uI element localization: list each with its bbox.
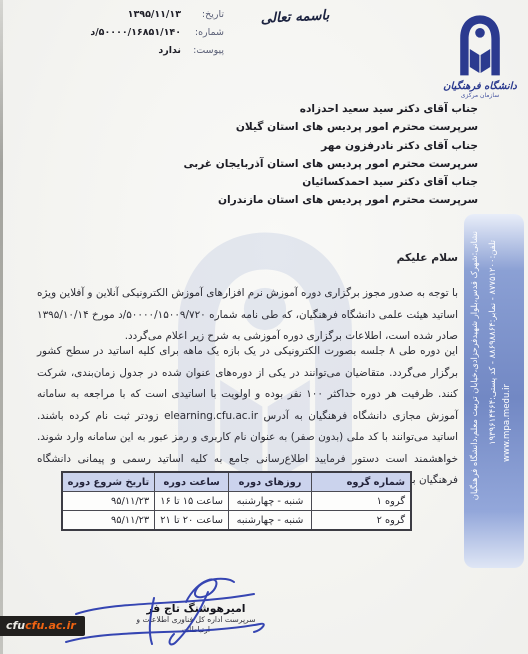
number-field: شماره: د/۵۰۰۰۰/۱۶۸۵۱/۱۴۰ [12,27,224,45]
signature-block: امیرهوشنگ تاج فر سرپرست اداره کل فناوری … [128,602,264,635]
badge-domain-text: cfu.ac.ir [25,619,76,632]
cell-days-2: شنبه - چهارشنبه [229,511,312,531]
cell-date-1: ۹۵/۱۱/۲۳ [62,492,155,511]
date-label: تاریخ: [188,9,224,20]
recipients-block: جناب آقای دکتر سید سعید احدزاده سرپرست م… [46,100,478,210]
scanned-letter-page: تاریخ: ۱۳۹۵/۱۱/۱۳ شماره: د/۵۰۰۰۰/۱۶۸۵۱/۱… [0,0,528,654]
cell-hours-1: ساعت ۱۵ تا ۱۶ [155,492,229,511]
header-start-date: تاریخ شروع دوره [62,472,155,492]
referenced-letter-number: د/۵۰۰۰۰/۱۵۰۰۹/۷۲۰ [118,305,206,327]
signatory-title-line2: ارتباطات [128,625,264,635]
salutation: سلام علیکم [397,251,458,264]
header-course-hours: ساعت دوره [155,472,229,492]
attachment-label: پیوست: [188,45,224,56]
scan-edge-artifact [0,0,3,654]
number-label: شماره: [188,27,224,38]
date-value: ۱۳۹۵/۱۱/۱۳ [128,9,181,20]
university-name: دانشگاه فرهنگیان [438,81,522,92]
body-paragraph-1: با توجه به صدور مجوز برگزاری دوره آموزش … [37,283,458,348]
cell-date-2: ۹۵/۱۱/۲۳ [62,511,155,531]
signatory-name: امیرهوشنگ تاج فر [128,602,264,615]
attachment-value: ندارد [158,45,181,56]
cell-days-1: شنبه - چهارشنبه [229,492,312,511]
central-organization-name: سازمان مرکزی [438,92,522,100]
cell-hours-2: ساعت ۲۰ تا ۲۱ [155,511,229,531]
recipient-name-3: جناب آقای دکتر سید احمدکسائیان [46,173,478,191]
attachment-field: پیوست: ندارد [12,45,224,63]
recipient-title-3: سرپرست محترم امور پردیس های استان مازندر… [46,191,478,209]
besmellah-calligraphy: باسمه تعالی [250,7,341,28]
cell-group-1: گروه ۱ [312,492,412,511]
letter-meta-fields: تاریخ: ۱۳۹۵/۱۱/۱۳ شماره: د/۵۰۰۰۰/۱۶۸۵۱/۱… [12,9,224,63]
badge-prefix-text: cfu [6,619,25,632]
recipient-title-1: سرپرست محترم امور پردیس های استان گیلان [46,118,478,136]
sidebar-address: نشانی:شهرک قدس،بلوار شهیدفرحزادی،خیابان … [469,231,479,561]
university-logo-icon [452,13,508,79]
signatory-title-line1: سرپرست اداره کل فناوری اطلاعات و [128,615,264,625]
recipient-name-2: جناب آقای دکتر نادرفزون مهر [46,137,478,155]
date-field: تاریخ: ۱۳۹۵/۱۱/۱۳ [12,9,224,27]
recipient-name-1: جناب آقای دکتر سید سعید احدزاده [46,100,478,118]
table-row: گروه ۱ شنبه - چهارشنبه ساعت ۱۵ تا ۱۶ ۹۵/… [62,492,411,511]
body-paragraph-2: این دوره طی ۸ جلسه بصورت الکترونیکی در ی… [37,341,458,492]
number-value: د/۵۰۰۰۰/۱۶۸۵۱/۱۴۰ [90,27,181,38]
cell-group-2: گروه ۲ [312,511,412,531]
recipient-title-2: سرپرست محترم امور پردیس های استان آذربای… [46,155,478,173]
header-group-number: شماره گروه [312,472,412,492]
schedule-header-row: شماره گروه روزهای دوره ساعت دوره تاریخ ش… [62,472,411,492]
sidebar-contact: تلفن:۸۷۷۵۱۲۰۰ - نمابر:۸۸۶۹۸۸۶۴ - کد پستی… [487,240,497,556]
table-row: گروه ۲ شنبه - چهارشنبه ساعت ۲۰ تا ۲۱ ۹۵/… [62,511,411,531]
site-watermark-badge: cfucfu.ac.ir [0,616,85,636]
header-course-days: روزهای دوره [229,472,312,492]
sidebar-website: www.mpa.medu.ir [502,342,512,462]
university-logo-block: دانشگاه فرهنگیان سازمان مرکزی [438,13,522,100]
schedule-table: شماره گروه روزهای دوره ساعت دوره تاریخ ش… [61,471,412,531]
